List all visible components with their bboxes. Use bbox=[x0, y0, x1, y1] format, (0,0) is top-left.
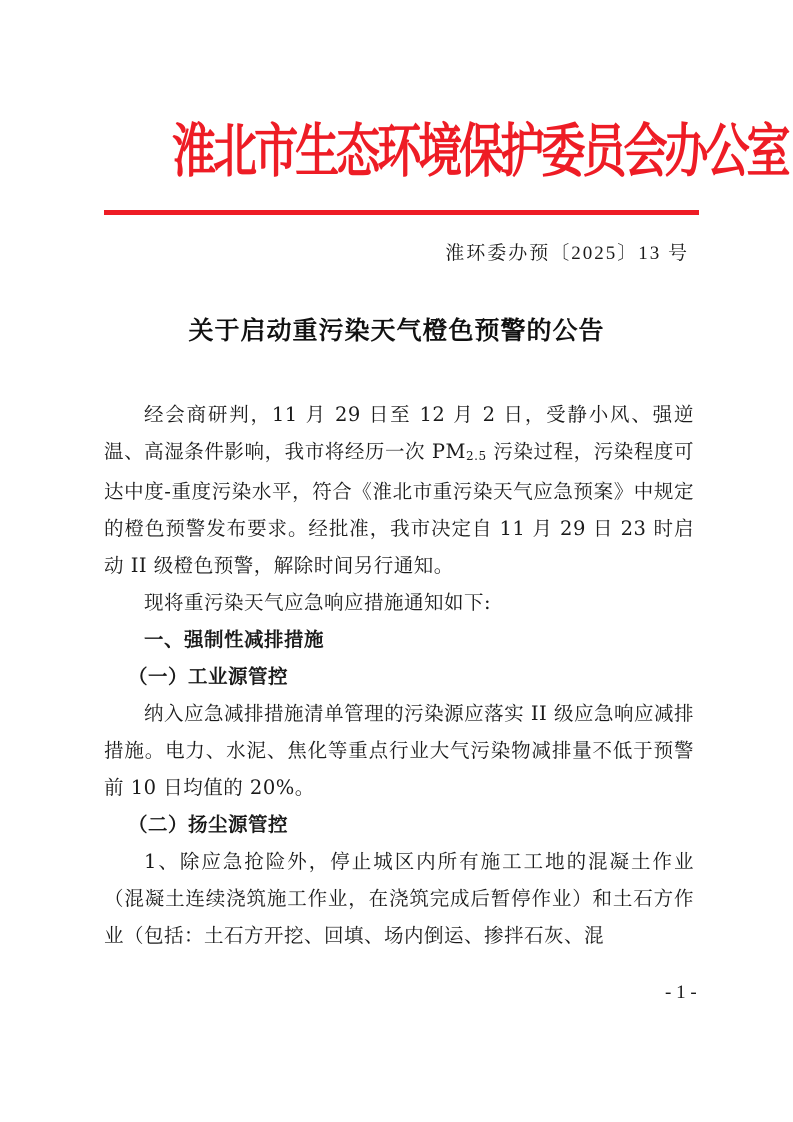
document-page: 淮北市生态环境保护委员会办公室 淮环委办预〔2025〕13 号 关于启动重污染天… bbox=[0, 0, 793, 1122]
document-title: 关于启动重污染天气橙色预警的公告 bbox=[0, 311, 793, 347]
document-body: 经会商研判，11 月 29 日至 12 月 2 日，受静小风、强逆温、高湿条件影… bbox=[104, 396, 694, 954]
subsection-heading-2: （二）扬尘源管控 bbox=[104, 806, 694, 843]
section-heading-1: 一、强制性减排措施 bbox=[104, 621, 694, 658]
paragraph-4: 1、除应急抢险外，停止城区内所有施工工地的混凝土作业（混凝土连续浇筑施工作业，在… bbox=[104, 843, 694, 954]
paragraph-2: 现将重污染天气应急响应措施通知如下: bbox=[104, 584, 694, 621]
document-number: 淮环委办预〔2025〕13 号 bbox=[445, 238, 689, 265]
red-divider-line bbox=[104, 210, 699, 215]
pm-subscript: 2.5 bbox=[466, 449, 487, 463]
paragraph-3: 纳入应急减排措施清单管理的污染源应落实 II 级应急响应减排措施。电力、水泥、焦… bbox=[104, 695, 694, 806]
paragraph-1: 经会商研判，11 月 29 日至 12 月 2 日，受静小风、强逆温、高湿条件影… bbox=[104, 396, 694, 584]
subsection-heading-1: （一）工业源管控 bbox=[104, 658, 694, 695]
organization-header: 淮北市生态环境保护委员会办公室 bbox=[172, 106, 628, 196]
page-number: - 1 - bbox=[665, 982, 697, 1004]
